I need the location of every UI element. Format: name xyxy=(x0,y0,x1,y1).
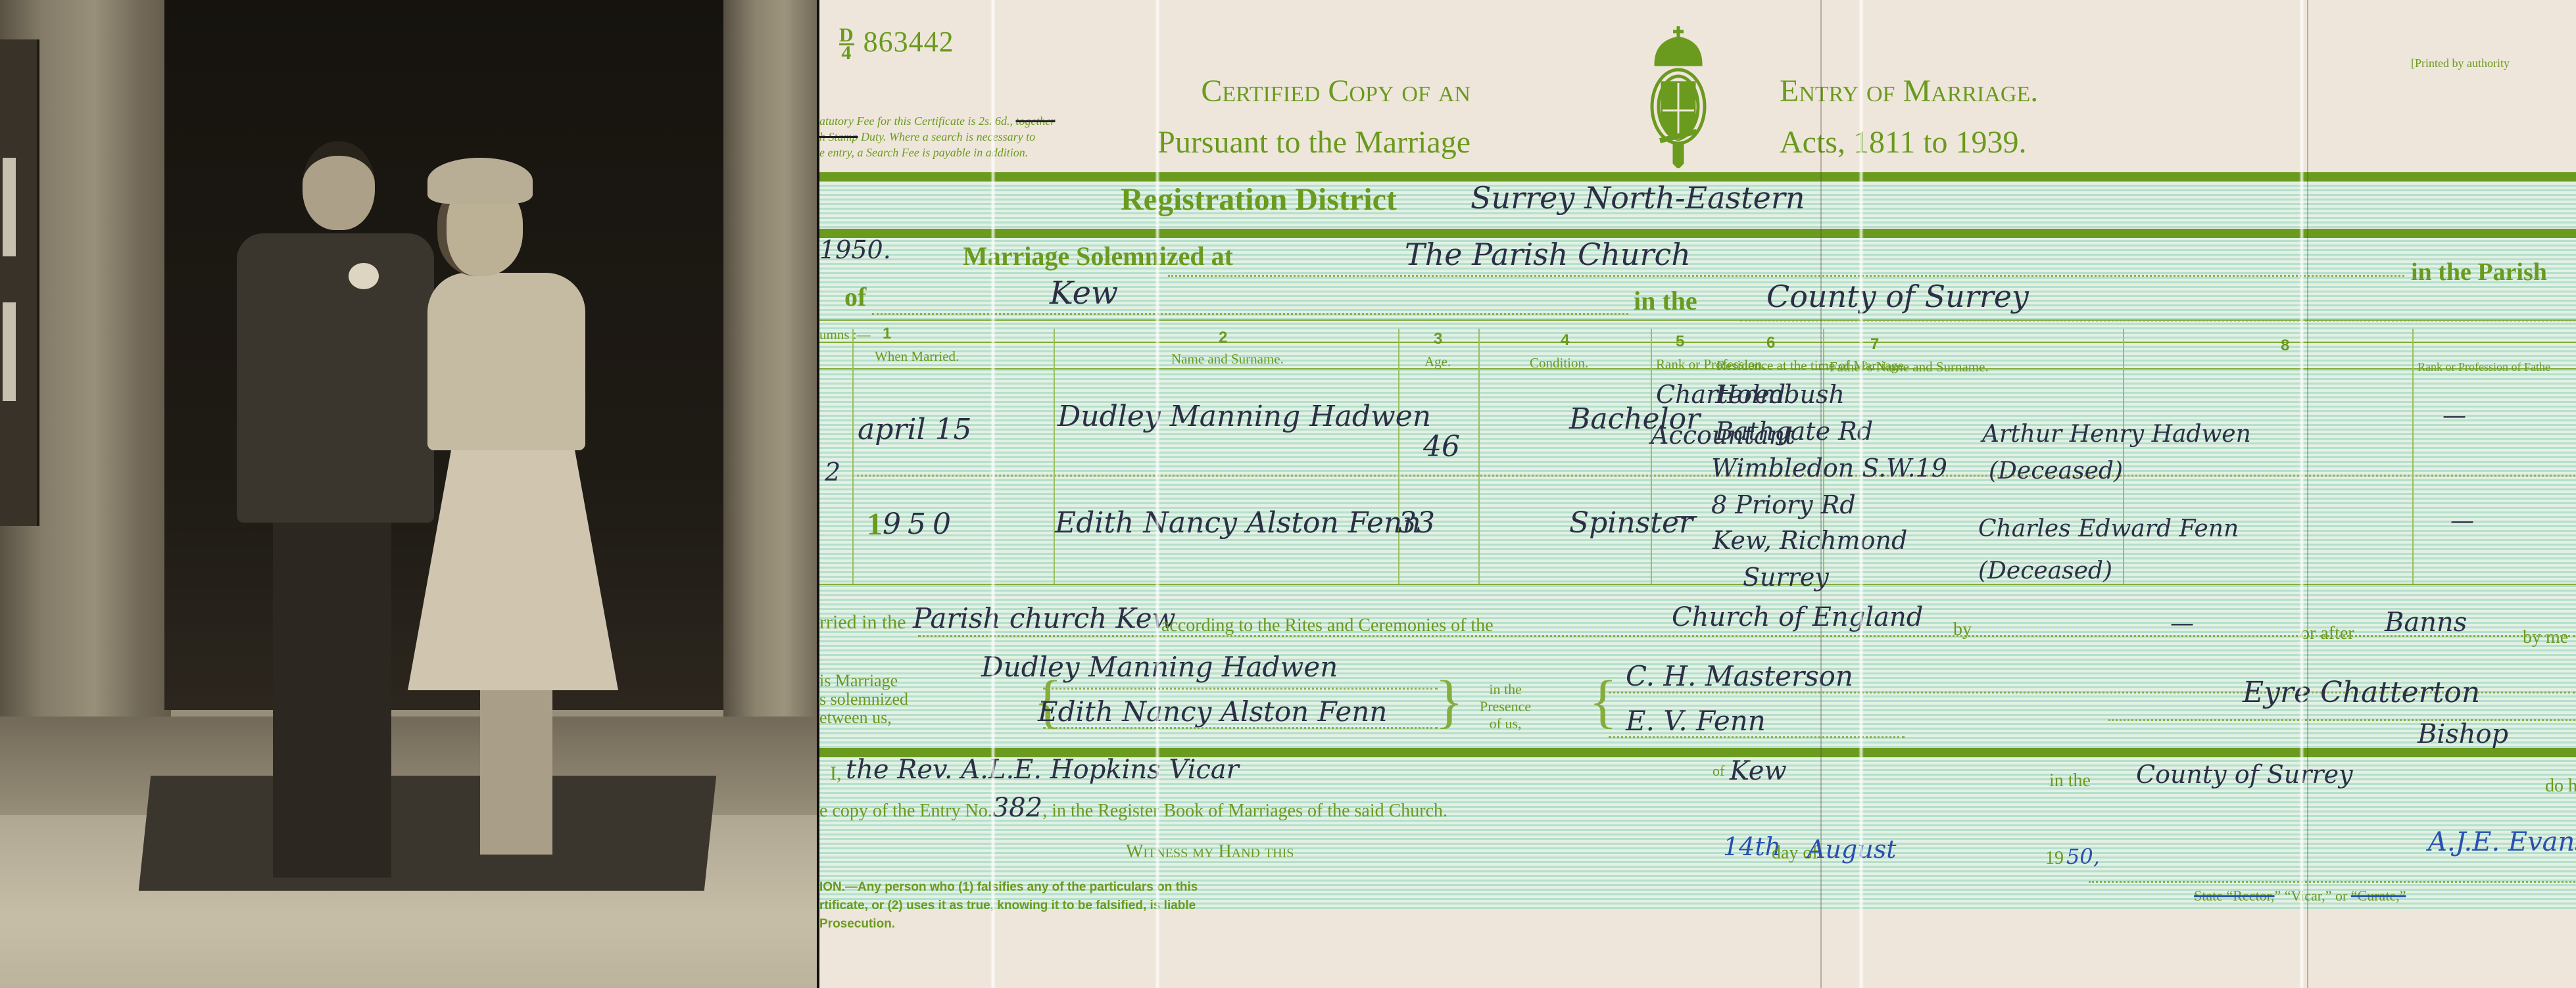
column-number: 4 xyxy=(1561,331,1569,350)
certifier-county: County of Surrey xyxy=(2136,760,2353,789)
bride-rank: — xyxy=(1674,502,1698,529)
marriage-year: 1950. xyxy=(819,235,891,264)
entry-copy-label: e copy of the Entry No.382, in the Regis… xyxy=(819,793,1447,823)
married-in-value: Parish church Kew xyxy=(913,602,1176,634)
certifier-of-label: of xyxy=(1713,763,1724,780)
i-label: I, xyxy=(830,763,842,785)
serial-number: 863442 xyxy=(863,26,954,58)
statutory-fee-note: atutory Fee for this Certificate is 2s. … xyxy=(819,113,1122,160)
paper-crease xyxy=(2307,0,2308,988)
royal-coat-of-arms-icon xyxy=(1647,24,1710,168)
bride-father-name: Charles Edward Fenn xyxy=(1978,515,2239,542)
by-label: by xyxy=(1953,619,1972,640)
bride-signature: Edith Nancy Alston Fenn xyxy=(1038,695,1387,728)
rites-value: Church of England xyxy=(1672,602,1923,632)
certificate-serial: D4863442 xyxy=(839,25,954,61)
witness1-signature: C. H. Masterson xyxy=(1626,660,1853,692)
column-number: 6 xyxy=(1766,334,1775,352)
column-number: 1 xyxy=(883,325,891,343)
paper-fold xyxy=(1155,0,1160,988)
marriage-solemnized-label: Marriage Solemnized at xyxy=(963,241,1233,271)
groom-father-rank: — xyxy=(2442,402,2466,429)
in-presence-label: in the Presence of us, xyxy=(1480,681,1531,732)
column-number: 5 xyxy=(1676,333,1684,351)
column-header-condition: Condition. xyxy=(1530,355,1588,371)
when-married-date: april 15 xyxy=(858,413,972,446)
by-value: — xyxy=(2170,610,2194,637)
parish-value: Kew xyxy=(1050,275,1118,312)
bride-father-rank: — xyxy=(2450,507,2474,534)
column-number: 8 xyxy=(2281,337,2289,355)
certifier-name: the Rev. A.L.E. Hopkins Vicar xyxy=(846,755,1239,785)
year-printed: 19 xyxy=(2045,848,2064,869)
paper-fold xyxy=(1859,0,1864,988)
groom-residence-line1: Holmbush xyxy=(1715,380,1845,409)
column-number: 7 xyxy=(1870,335,1879,354)
certificate-title-left: Certified Copy of an Pursuant to the Mar… xyxy=(1129,66,1470,168)
caution-note: ION.—Any person who (1) falsifies any of… xyxy=(819,878,1198,933)
groom-age: 46 xyxy=(1423,430,1460,463)
entry-number-value: 382 xyxy=(992,793,1042,823)
or-after-label: or after xyxy=(2300,623,2354,644)
paper-crease xyxy=(1820,0,1822,988)
rites-label: according to the Rites and Ceremonies of… xyxy=(1161,615,1494,636)
or-after-value: Banns xyxy=(2385,607,2467,638)
wedding-photo xyxy=(0,0,817,988)
witness2-signature: E. V. Fenn xyxy=(1626,705,1766,737)
paper-fold xyxy=(990,0,996,988)
column-header-when-married: When Married. xyxy=(875,348,959,365)
do-hereby-label: do here xyxy=(2545,776,2576,797)
by-me-label: by me xyxy=(2523,627,2568,648)
groom-residence-line3: Wimbledon S.W.19 xyxy=(1711,454,1947,482)
certifier-parish: Kew xyxy=(1730,756,1787,786)
serial-prefix: D4 xyxy=(839,28,854,61)
in-the-parish-label: in the Parish xyxy=(2411,258,2547,287)
column-number: 2 xyxy=(1219,329,1227,347)
paper-fold xyxy=(2299,0,2304,988)
green-rule xyxy=(819,229,2576,238)
entry-number: 2 xyxy=(825,458,840,486)
between-us-label: is Marriage s solemnized etween us, xyxy=(819,672,908,727)
officiant-signature: Eyre Chatterton xyxy=(2243,676,2480,709)
registration-district-label: Registration District xyxy=(1121,181,1397,218)
printed-by-authority: [Printed by authority xyxy=(2411,57,2510,70)
column-header-father-name: Father's Name and Surname. xyxy=(1830,359,1989,375)
registration-district-value: Surrey North-Eastern xyxy=(1470,180,1805,216)
marriage-certificate: D4863442 atutory Fee for this Certificat… xyxy=(819,0,2576,988)
bride-name: Edith Nancy Alston Fenn xyxy=(1055,506,1421,540)
bride-residence-line1: 8 Priory Rd xyxy=(1711,490,1856,519)
witness-my-hand-label: Witness my Hand this xyxy=(1126,841,1294,862)
registrar-signature: A.J.E. Evans xyxy=(2428,827,2576,857)
in-the-county-label: in the xyxy=(1634,285,1697,316)
when-married-printed-1: 1 xyxy=(867,506,883,542)
groom-residence-line2: Bathgate Rd xyxy=(1715,417,1873,446)
bride-father-status: (Deceased) xyxy=(1978,557,2112,584)
column-header-father-rank: Rank or Profession of Fathe xyxy=(2418,360,2550,374)
officiant-title: Bishop xyxy=(2418,719,2508,749)
bride-age: 33 xyxy=(1398,506,1435,540)
when-married-year: 950 xyxy=(883,507,958,541)
bride-residence-line3: Surrey xyxy=(1743,563,1829,592)
marriage-venue-value: The Parish Church xyxy=(1405,237,1691,272)
certificate-title-right: Entry of Marriage. Acts, 1811 to 1939. xyxy=(1780,66,2174,168)
column-header-name: Name and Surname. xyxy=(1171,351,1284,367)
column-number: 3 xyxy=(1434,330,1442,348)
married-in-label: rried in the xyxy=(819,611,906,634)
bride-residence-line2: Kew, Richmond xyxy=(1713,526,1907,555)
groom-father-name: Arthur Henry Hadwen xyxy=(1982,421,2251,448)
year-written: 50, xyxy=(2066,844,2100,869)
certifier-in-the-label: in the xyxy=(2049,770,2091,791)
groom-father-status: (Deceased) xyxy=(1989,458,2123,484)
columns-label: umns :— xyxy=(819,327,871,343)
groom-name: Dudley Manning Hadwen xyxy=(1057,400,1431,433)
county-value: County of Surrey xyxy=(1766,279,2029,314)
column-header-age: Age. xyxy=(1424,354,1451,370)
of-label: of xyxy=(844,281,866,312)
